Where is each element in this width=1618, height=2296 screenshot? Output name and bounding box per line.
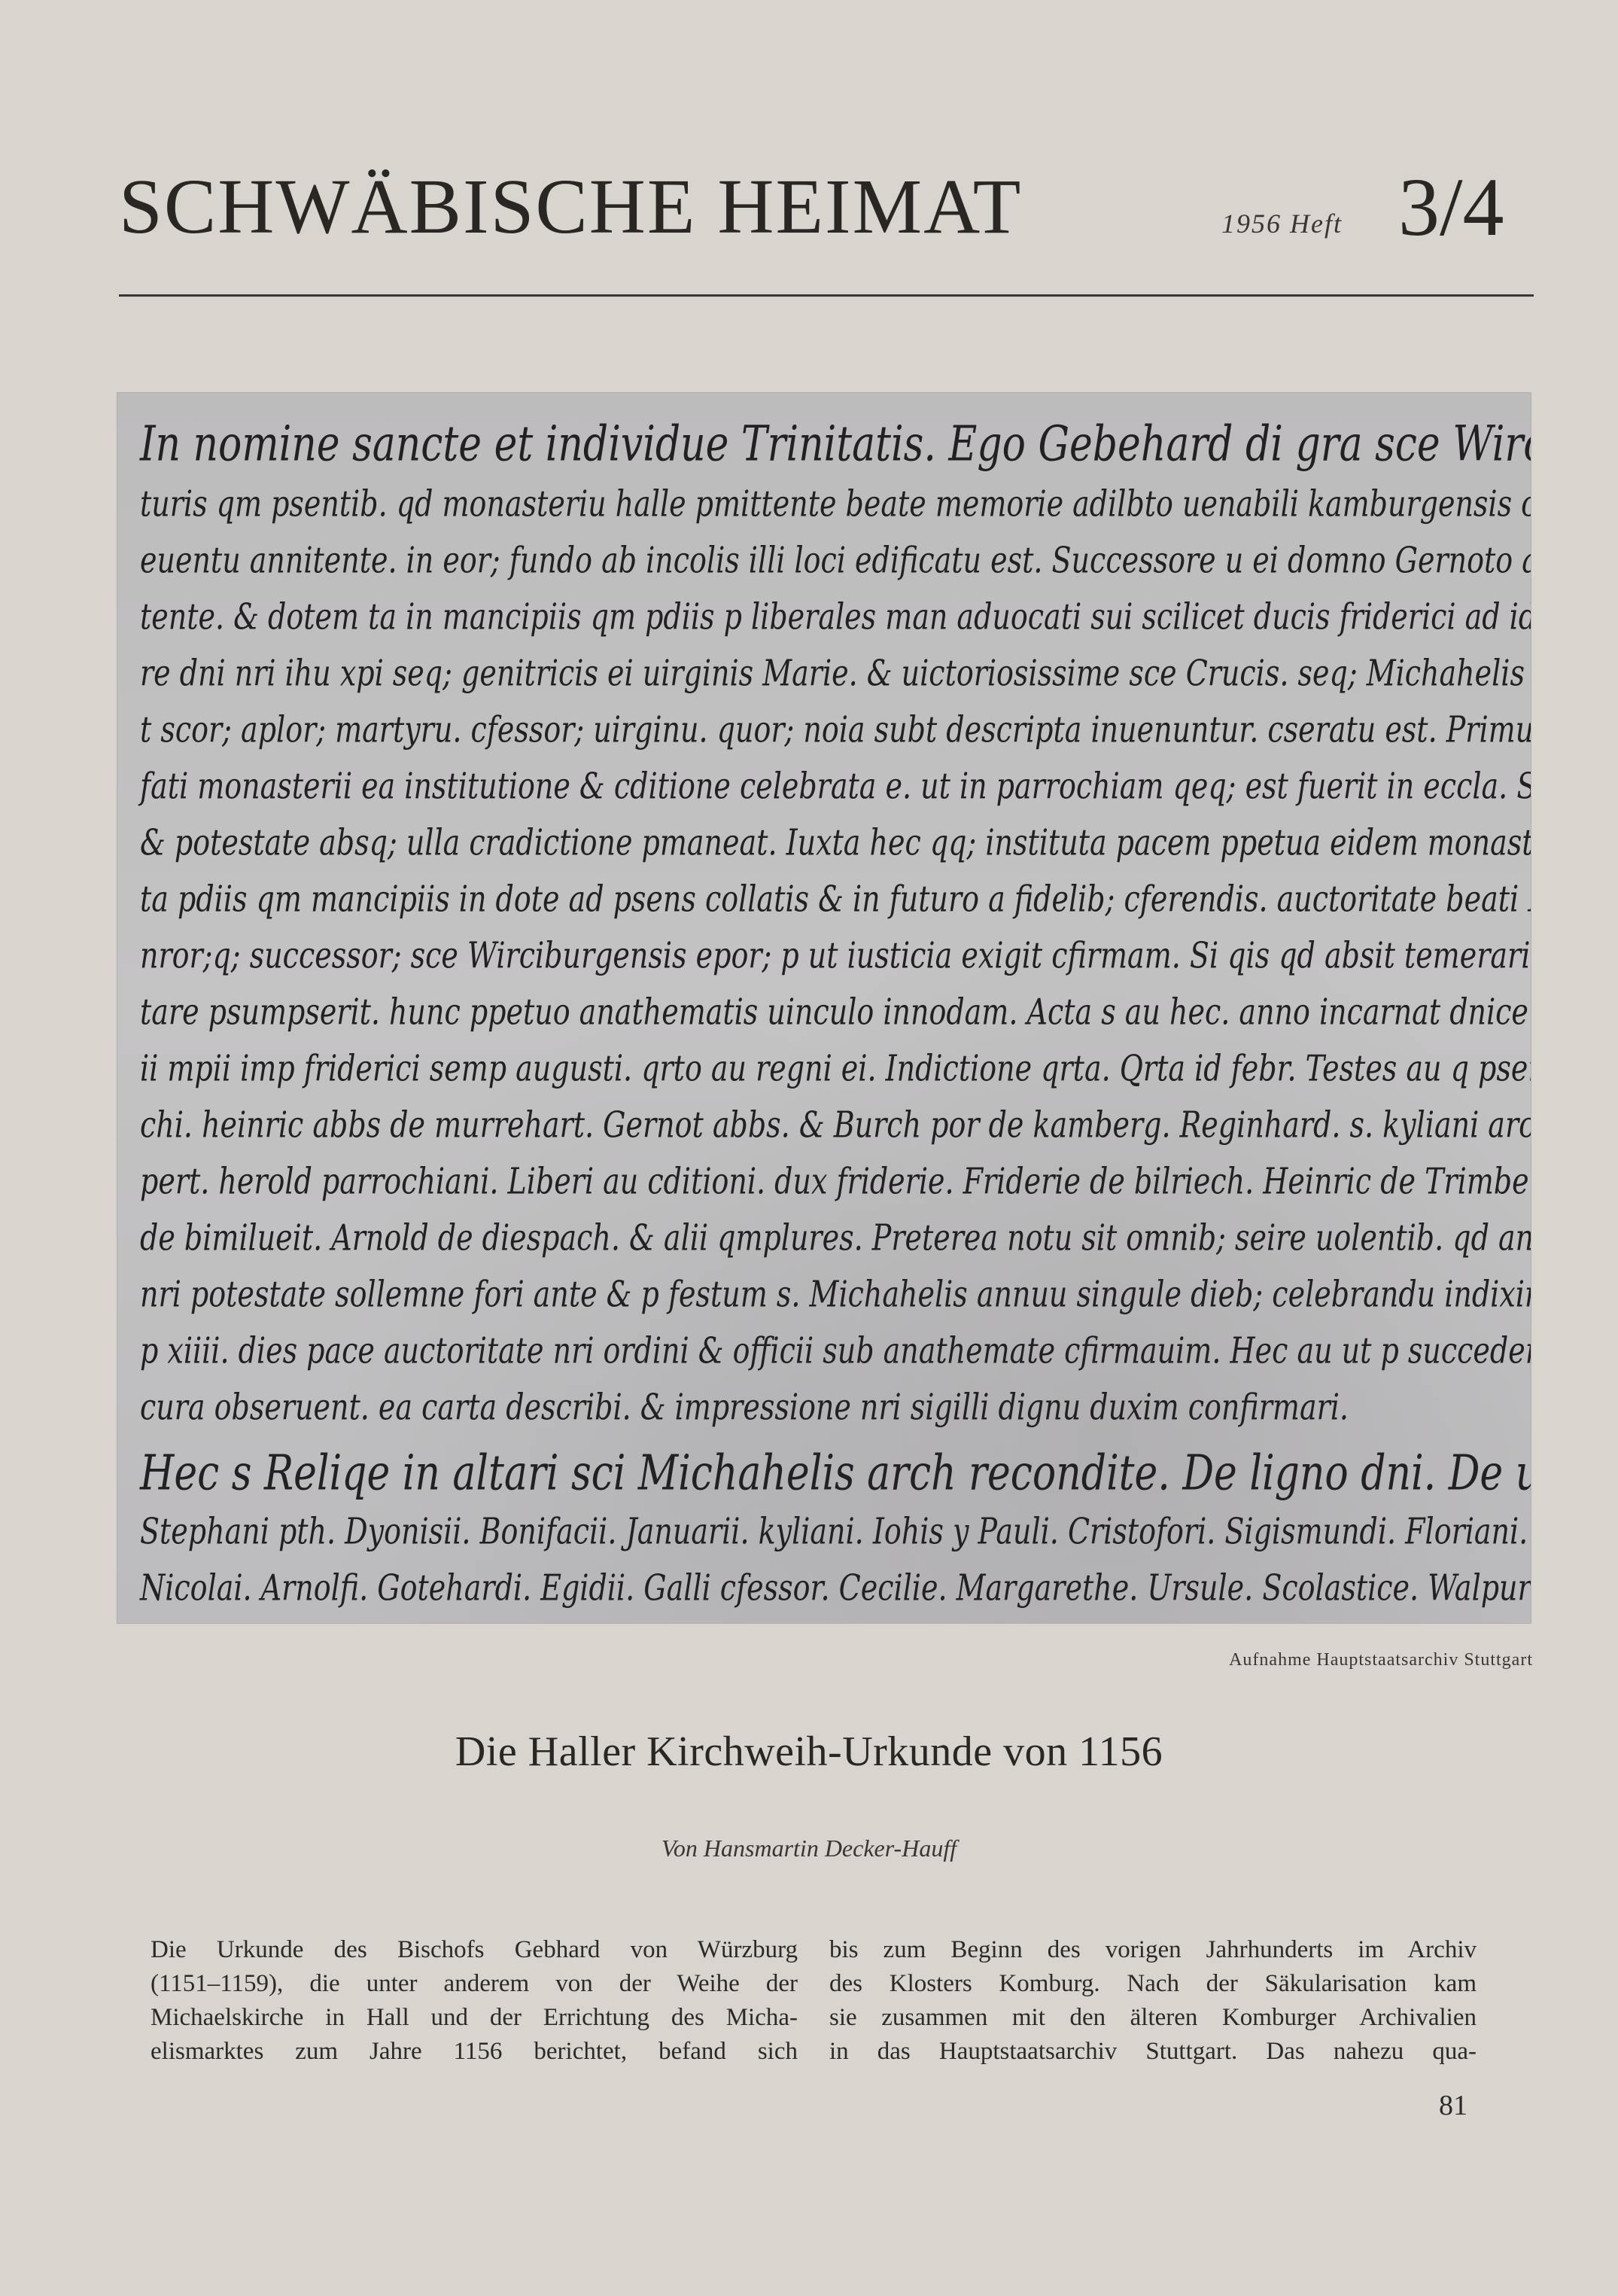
manuscript-line: p xiiii. dies pace auctoritate nri ordin… — [140, 1330, 1516, 1372]
body-column-left: Die Urkunde des Bischofs Gebhard von Wür… — [151, 1933, 798, 2069]
photo-credit: Aufnahme Hauptstaatsarchiv Stuttgart — [1229, 1650, 1533, 1670]
manuscript-line: ii mpii imp friderici semp augusti. qrto… — [140, 1048, 1516, 1089]
article-byline: Von Hansmartin Decker-Hauff — [0, 1835, 1618, 1862]
body-line: Die Urkunde des Bischofs Gebhard von Wür… — [151, 1933, 798, 1967]
manuscript-line: fati monasterii ea institutione & cditio… — [140, 766, 1516, 807]
manuscript-line: re dni nri ihu xpi seq; genitricis ei ui… — [140, 653, 1516, 694]
manuscript-line: pert. herold parrochiani. Liberi au cdit… — [140, 1161, 1516, 1202]
manuscript-line: tare psumpserit. hunc ppetuo anathematis… — [140, 991, 1516, 1033]
manuscript-line: Nicolai. Arnolfi. Gotehardi. Egidii. Gal… — [140, 1567, 1516, 1609]
manuscript-line: tente. & dotem ta in mancipiis qm pdiis … — [140, 596, 1516, 638]
masthead-rule — [119, 294, 1534, 297]
body-line: Michaelskirche in Hall und der Errichtun… — [151, 2001, 798, 2035]
manuscript-line: chi. heinric abbs de murrehart. Gernot a… — [140, 1104, 1516, 1146]
manuscript-photo: In nomine sancte et individue Trinitatis… — [117, 393, 1531, 1623]
page-number: 81 — [1439, 2089, 1467, 2122]
body-line: in das Hauptstaatsarchiv Stuttgart. Das … — [829, 2035, 1477, 2069]
journal-title: SCHWÄBISCHE HEIMAT — [119, 151, 1022, 263]
manuscript-line: In nomine sancte et individue Trinitatis… — [140, 416, 1516, 473]
manuscript-line: Hec s Reliqe in altari sci Michahelis ar… — [140, 1445, 1516, 1502]
masthead-block: SCHWÄBISCHE HEIMAT 1956 Heft 3/4 — [119, 151, 1534, 263]
body-line: elismarktes zum Jahre 1156 berichtet, be… — [151, 2035, 798, 2069]
article-title: Die Haller Kirchweih-Urkunde von 1156 — [0, 1728, 1618, 1776]
manuscript-line: Stephani pth. Dyonisii. Bonifacii. Janua… — [140, 1511, 1516, 1552]
manuscript-line: t scor; aplor; martyru. cfessor; uirginu… — [140, 709, 1516, 751]
manuscript-line: nri potestate sollemne fori ante & p fes… — [140, 1274, 1516, 1315]
body-line: des Klosters Komburg. Nach der Säkularis… — [829, 1967, 1477, 2001]
body-column-right: bis zum Beginn des vorigen Jahrhunderts … — [829, 1933, 1477, 2069]
body-line: (1151–1159), die unter anderem von der W… — [151, 1967, 798, 2001]
manuscript-line: & potestate absq; ulla cradictione pmane… — [140, 822, 1516, 863]
issue-number: 3/4 — [1398, 151, 1504, 263]
manuscript-line: euentu annitente. in eor; fundo ab incol… — [140, 540, 1516, 581]
manuscript-line: ta pdiis qm mancipiis in dote ad psens c… — [140, 879, 1516, 920]
manuscript-line: de bimilueit. Arnold de diespach. & alii… — [140, 1217, 1516, 1259]
body-line: bis zum Beginn des vorigen Jahrhunderts … — [829, 1933, 1477, 1967]
body-line: sie zusammen mit den älteren Komburger A… — [829, 2001, 1477, 2035]
year-issue-label: 1956 Heft — [1221, 208, 1343, 239]
manuscript-line: nror;q; successor; sce Wirciburgensis ep… — [140, 935, 1516, 976]
manuscript-line: cura obseruent. ea carta describi. & imp… — [140, 1387, 1516, 1428]
manuscript-line: turis qm psentib. qd monasteriu halle pm… — [140, 483, 1516, 525]
